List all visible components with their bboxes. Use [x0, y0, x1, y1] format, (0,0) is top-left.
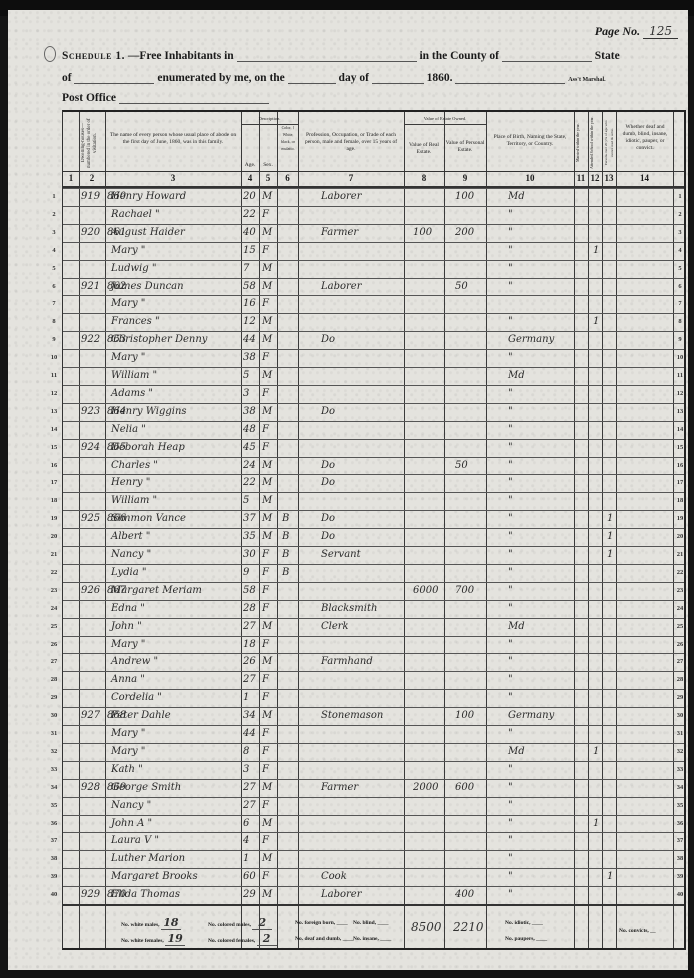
cell-occupation: Clerk: [321, 621, 349, 632]
value: 2: [252, 916, 272, 930]
line-number-right: 7: [675, 300, 685, 307]
cell-age: 30: [243, 549, 256, 560]
line-number-right: 23: [675, 587, 685, 594]
cell-school: 1: [593, 245, 599, 256]
cell-birth: ": [508, 656, 513, 667]
cell-age: 5: [243, 370, 249, 381]
schedule-title: —Free Inhabitants in: [128, 50, 234, 62]
cell-age: 3: [243, 764, 249, 775]
cell-age: 38: [243, 352, 256, 363]
cell-occupation: Cook: [321, 871, 347, 882]
line-number: 37: [49, 837, 59, 844]
cell-age: 45: [243, 442, 256, 453]
cell-birth: ": [508, 549, 513, 560]
header-occupation: Profession, Occupation, or Trade of each…: [301, 132, 401, 153]
cell-illiterate: 1: [607, 531, 613, 542]
cell-personal: 700: [455, 585, 474, 596]
post-office-field: [119, 93, 269, 104]
line-number-right: 38: [675, 855, 685, 862]
line-number-right: 22: [675, 569, 685, 576]
cell-birth: ": [508, 728, 513, 739]
cell-sex: F: [262, 567, 269, 578]
cell-name: Peter Dahle: [111, 710, 171, 721]
cell-occupation: Farmhand: [321, 656, 373, 667]
table-row: 2424Edna "28FBlacksmith": [63, 600, 684, 619]
line-number: 26: [49, 641, 59, 648]
cell-birth: ": [508, 567, 513, 578]
cell-birth: ": [508, 460, 513, 471]
cell-name: Frances ": [111, 316, 160, 327]
header-name: The name of every person whose usual pla…: [108, 132, 238, 146]
line-number: 6: [49, 283, 59, 290]
cell-sex: M: [262, 281, 272, 292]
line-number-right: 1: [675, 193, 685, 200]
line-number: 2: [49, 211, 59, 218]
line-number: 3: [49, 229, 59, 236]
cell-dwelling: 922: [81, 334, 100, 345]
post-office-label: Post Office: [62, 92, 116, 104]
cell-sex: M: [262, 889, 272, 900]
line-number: 10: [49, 354, 59, 361]
year-label: 1860.: [427, 72, 453, 84]
line-number: 40: [49, 891, 59, 898]
cell-name: Henry ": [111, 477, 150, 488]
table-row: 44Mary "15F"1: [63, 242, 684, 261]
colnum-10: 10: [486, 173, 574, 187]
table-row: 3838Luther Marion1M": [63, 850, 684, 869]
value: 19: [165, 932, 185, 946]
cell-name: August Haider: [111, 227, 185, 238]
cell-sex: M: [262, 334, 272, 345]
cell-age: 8: [243, 746, 249, 757]
header-sex: Sex.: [259, 162, 277, 169]
cell-real: 100: [413, 227, 432, 238]
cell-dwelling: 927: [81, 710, 100, 721]
cell-name: Charles ": [111, 460, 158, 471]
cell-occupation: Farmer: [321, 227, 358, 238]
cell-occupation: Blacksmith: [321, 603, 377, 614]
cell-dwelling: 923: [81, 406, 100, 417]
cell-name: John ": [111, 621, 142, 632]
line-number-right: 8: [675, 318, 685, 325]
total-real-estate: 8500: [411, 920, 442, 934]
label: No. colored males,: [208, 922, 251, 928]
header-description: Description.: [241, 115, 298, 122]
line-number-right: 15: [675, 444, 685, 451]
table-row: 33920861August Haider40MFarmer100200": [63, 224, 684, 243]
line-number-right: 37: [675, 837, 685, 844]
line-number-right: 19: [675, 515, 685, 522]
cell-age: 28: [243, 603, 256, 614]
marshal-field: [455, 73, 565, 84]
cell-age: 60: [243, 871, 256, 882]
line-number-right: 33: [675, 766, 685, 773]
line-number: 36: [49, 820, 59, 827]
line-number-right: 2: [675, 211, 685, 218]
table-row: 3535Nancy "27F": [63, 797, 684, 816]
table-row: 3232Mary "8FMd1: [63, 743, 684, 762]
schedule-label: Schedule 1.: [62, 50, 125, 62]
cell-age: 5: [243, 495, 249, 506]
cell-birth: ": [508, 316, 513, 327]
cell-dwelling: 919: [81, 191, 100, 202]
cell-name: Christopher Denny: [111, 334, 207, 345]
line-number: 5: [49, 265, 59, 272]
cell-personal: 50: [455, 281, 468, 292]
cell-birth: ": [508, 782, 513, 793]
state-label: State: [595, 50, 620, 62]
colnum-2: 2: [79, 173, 105, 187]
cell-occupation: Do: [321, 334, 335, 345]
line-number: 19: [49, 515, 59, 522]
cell-sex: F: [262, 442, 269, 453]
colnum-9: 9: [444, 173, 486, 187]
cell-name: William ": [111, 495, 157, 506]
cell-age: 38: [243, 406, 256, 417]
enumeration-line: of enumerated by me, on the day of 1860.…: [62, 72, 606, 84]
cell-color: B: [282, 549, 289, 560]
summary-blind: No. blind, ____: [353, 920, 388, 926]
table-row: 1515924865Deborah Heap45F": [63, 439, 684, 458]
header-illiterate: Persons over 20 y'rs of age who cannot r…: [603, 116, 615, 170]
cell-age: 48: [243, 424, 256, 435]
post-office-line: Post Office: [62, 92, 269, 104]
line-number: 1: [49, 193, 59, 200]
cell-birth: ": [508, 639, 513, 650]
cell-age: 6: [243, 818, 249, 829]
table-row: 1010Mary "38F": [63, 349, 684, 368]
table-row: 2626Mary "18F": [63, 636, 684, 655]
line-number-right: 36: [675, 820, 685, 827]
cell-name: Nancy ": [111, 800, 151, 811]
schedule-title-line: Schedule 1. —Free Inhabitants in in the …: [62, 50, 620, 62]
cell-occupation: Do: [321, 513, 335, 524]
summary-idiotic: No. idiotic, ____: [505, 920, 543, 926]
cell-sex: F: [262, 209, 269, 220]
cell-age: 9: [243, 567, 249, 578]
colnum-8: 8: [404, 173, 444, 187]
table-row: 1616Charles "24MDo50": [63, 457, 684, 476]
cell-sex: M: [262, 227, 272, 238]
line-number: 39: [49, 873, 59, 880]
cell-birth: Md: [508, 191, 525, 202]
month-field: [372, 73, 424, 84]
cell-sex: F: [262, 800, 269, 811]
cell-sex: M: [262, 263, 272, 274]
cell-name: James Duncan: [111, 281, 184, 292]
cell-dwelling: 924: [81, 442, 100, 453]
cell-color: B: [282, 513, 289, 524]
line-number: 11: [49, 372, 59, 379]
cell-birth: ": [508, 531, 513, 542]
cell-dwelling: 928: [81, 782, 100, 793]
page-number-label: Page No.: [595, 24, 640, 38]
cell-real: 2000: [413, 782, 438, 793]
header-real-estate: Value of Real Estate.: [404, 142, 444, 156]
total-personal-estate: 2210: [453, 920, 484, 934]
binding-hole: [44, 46, 56, 62]
cell-name: Mary ": [111, 728, 145, 739]
cell-birth: ": [508, 603, 513, 614]
cell-birth: ": [508, 263, 513, 274]
cell-dwelling: 925: [81, 513, 100, 524]
line-number-right: 20: [675, 533, 685, 540]
summary-convicts: No. convicts, __: [619, 928, 656, 934]
header-color: Color, { White, black, or mulatto.: [278, 124, 298, 152]
table-row: 3333Kath "3F": [63, 761, 684, 780]
cell-age: 58: [243, 281, 256, 292]
cell-name: Andrew ": [111, 656, 158, 667]
cell-birth: ": [508, 513, 513, 524]
cell-personal: 600: [455, 782, 474, 793]
label: No. white females,: [121, 938, 164, 944]
cell-school: 1: [593, 818, 599, 829]
cell-name: Mary ": [111, 298, 145, 309]
colnum-1: 1: [63, 173, 79, 187]
cell-sex: F: [262, 298, 269, 309]
cell-dwelling: 921: [81, 281, 100, 292]
cell-occupation: Servant: [321, 549, 361, 560]
cell-name: Cordelia ": [111, 692, 162, 703]
summary-foreign-born: No. foreign born, ____: [295, 920, 348, 926]
table-row: 2020Albert "35MBDo"1: [63, 528, 684, 547]
line-number: 34: [49, 784, 59, 791]
cell-sex: F: [262, 352, 269, 363]
table-row: 2525John "27MClerkMd: [63, 618, 684, 637]
cell-name: Adams ": [111, 388, 153, 399]
county-label: in the County of: [419, 50, 499, 62]
cell-sex: M: [262, 818, 272, 829]
line-number: 17: [49, 479, 59, 486]
cell-personal: 200: [455, 227, 474, 238]
line-number-right: 27: [675, 658, 685, 665]
cell-sex: F: [262, 424, 269, 435]
colnum-12: 12: [588, 173, 602, 187]
cell-sex: M: [262, 495, 272, 506]
cell-birth: ": [508, 442, 513, 453]
label: No. insane,: [353, 936, 379, 942]
cell-sex: M: [262, 460, 272, 471]
cell-sex: F: [262, 603, 269, 614]
line-number: 7: [49, 300, 59, 307]
cell-age: 1: [243, 853, 249, 864]
cell-name: Laura V ": [111, 835, 159, 846]
cell-color: B: [282, 531, 289, 542]
page-number-value: 125: [643, 24, 678, 39]
cell-personal: 100: [455, 710, 474, 721]
cell-sex: M: [262, 513, 272, 524]
cell-birth: ": [508, 245, 513, 256]
page-summary: No. white males, 18 No. white females, 1…: [63, 904, 684, 950]
cell-age: 37: [243, 513, 256, 524]
line-number: 23: [49, 587, 59, 594]
cell-age: 7: [243, 263, 249, 274]
cell-birth: ": [508, 227, 513, 238]
cell-name: Lydia ": [111, 567, 146, 578]
label: No. blind,: [353, 920, 376, 926]
cell-name: Ludwig ": [111, 263, 156, 274]
cell-name: Albert ": [111, 531, 150, 542]
cell-occupation: Do: [321, 460, 335, 471]
cell-birth: ": [508, 835, 513, 846]
cell-occupation: Laborer: [321, 191, 362, 202]
cell-sex: M: [262, 316, 272, 327]
line-number: 20: [49, 533, 59, 540]
cell-age: 16: [243, 298, 256, 309]
table-row: 3434928869George Smith27MFarmer2000600": [63, 779, 684, 798]
summary-white-females: No. white females, 19: [121, 932, 185, 946]
cell-age: 12: [243, 316, 256, 327]
table-row: 55Ludwig "7M": [63, 260, 684, 279]
cell-birth: Md: [508, 746, 525, 757]
cell-illiterate: 1: [607, 871, 613, 882]
cell-dwelling: 929: [81, 889, 100, 900]
cell-birth: ": [508, 406, 513, 417]
page-number: Page No. 125: [595, 24, 678, 39]
cell-illiterate: 1: [607, 513, 613, 524]
line-number-right: 34: [675, 784, 685, 791]
colnum-13: 13: [602, 173, 616, 187]
cell-occupation: Stonemason: [321, 710, 383, 721]
header-personal-estate: Value of Personal Estate.: [444, 140, 486, 154]
cell-name: Rachael ": [111, 209, 160, 220]
cell-birth: ": [508, 692, 513, 703]
colnum-5: 5: [259, 173, 277, 187]
cell-name: Edna ": [111, 603, 145, 614]
table-row: 77Mary "16F: [63, 295, 684, 314]
line-number: 13: [49, 408, 59, 415]
line-number-right: 32: [675, 748, 685, 755]
cell-birth: ": [508, 674, 513, 685]
line-number: 24: [49, 605, 59, 612]
cell-age: 20: [243, 191, 256, 202]
cell-sex: F: [262, 692, 269, 703]
cell-birth: ": [508, 871, 513, 882]
colnum-11: 11: [574, 173, 588, 187]
cell-school: 1: [593, 316, 599, 327]
cell-sex: M: [262, 782, 272, 793]
summary-colored-females: No. colored females, 2: [208, 932, 277, 946]
table-row: 66921862James Duncan58MLaborer50": [63, 278, 684, 297]
cell-name: Nancy ": [111, 549, 151, 560]
cell-name: Mary ": [111, 352, 145, 363]
cell-name: Henry Howard: [111, 191, 186, 202]
table-row: 1111William "5MMd: [63, 367, 684, 386]
cell-birth: ": [508, 853, 513, 864]
colnum-6: 6: [277, 173, 298, 187]
cell-sex: F: [262, 871, 269, 882]
cell-age: 18: [243, 639, 256, 650]
cell-birth: ": [508, 818, 513, 829]
header-value-group: Value of Estate Owned.: [404, 115, 486, 122]
label: No. colored females,: [208, 938, 255, 944]
line-number-right: 29: [675, 694, 685, 701]
table-row: 3737Laura V "4F": [63, 832, 684, 851]
colnum-14: 14: [616, 173, 673, 187]
table-row: 2727Andrew "26MFarmhand": [63, 653, 684, 672]
cell-name: Deborah Heap: [111, 442, 185, 453]
colnum-3: 3: [105, 173, 241, 187]
line-number-right: 3: [675, 229, 685, 236]
label: No. deaf and dumb,: [295, 936, 341, 942]
line-number: 38: [49, 855, 59, 862]
cell-age: 22: [243, 209, 256, 220]
line-number-right: 28: [675, 676, 685, 683]
label: No. paupers,: [505, 936, 535, 942]
cell-name: John A ": [111, 818, 152, 829]
cell-age: 27: [243, 800, 256, 811]
cell-sex: F: [262, 245, 269, 256]
line-number-right: 25: [675, 623, 685, 630]
header-disability: Whether deaf and dumb, blind, insane, id…: [619, 124, 671, 152]
summary-insane: No. insane, ____: [353, 936, 391, 942]
summary-colored-males: No. colored males, 2: [208, 916, 272, 930]
cell-birth: ": [508, 281, 513, 292]
header-married: Married within the year.: [575, 116, 587, 170]
cell-birth: ": [508, 800, 513, 811]
line-number-right: 21: [675, 551, 685, 558]
table-row: 22Rachael "22F": [63, 206, 684, 225]
cell-age: 27: [243, 674, 256, 685]
cell-age: 29: [243, 889, 256, 900]
table-row: 3636John A "6M"1: [63, 815, 684, 834]
cell-age: 22: [243, 477, 256, 488]
cell-birth: ": [508, 388, 513, 399]
header-rule: [63, 171, 684, 172]
cell-sex: F: [262, 764, 269, 775]
line-number-right: 16: [675, 462, 685, 469]
line-number-right: 18: [675, 497, 685, 504]
cell-name: Simmon Vance: [111, 513, 186, 524]
cell-occupation: Do: [321, 531, 335, 542]
label: No. white males,: [121, 922, 160, 928]
cell-birth: Md: [508, 370, 525, 381]
cell-illiterate: 1: [607, 549, 613, 560]
line-number-right: 6: [675, 283, 685, 290]
cell-age: 58: [243, 585, 256, 596]
cell-age: 15: [243, 245, 256, 256]
label: No. idiotic,: [505, 920, 531, 926]
line-number-right: 40: [675, 891, 685, 898]
label: No. foreign born,: [295, 920, 335, 926]
cell-sex: F: [262, 746, 269, 757]
line-number: 12: [49, 390, 59, 397]
line-number-right: 9: [675, 336, 685, 343]
table-row: 2929Cordelia "1F": [63, 689, 684, 708]
cell-dwelling: 920: [81, 227, 100, 238]
cell-occupation: Do: [321, 477, 335, 488]
table-row: 1717Henry "22MDo": [63, 474, 684, 493]
table-row: 2222Lydia "9FB": [63, 564, 684, 583]
table-row: 11919860Henry Howard20MLaborer100Md: [63, 188, 684, 207]
line-number: 22: [49, 569, 59, 576]
cell-name: Margaret Meriam: [111, 585, 202, 596]
enumerated-label: enumerated by me, on the: [157, 72, 284, 84]
cell-sex: F: [262, 388, 269, 399]
cell-age: 1: [243, 692, 249, 703]
cell-occupation: Farmer: [321, 782, 358, 793]
cell-name: Henry Wiggins: [111, 406, 187, 417]
line-number: 18: [49, 497, 59, 504]
of-label: of: [62, 72, 72, 84]
cell-age: 26: [243, 656, 256, 667]
cell-dwelling: 926: [81, 585, 100, 596]
line-number: 21: [49, 551, 59, 558]
cell-age: 34: [243, 710, 256, 721]
cell-birth: ": [508, 889, 513, 900]
marshal-label: Ass't Marshal.: [568, 77, 605, 83]
line-number: 25: [49, 623, 59, 630]
